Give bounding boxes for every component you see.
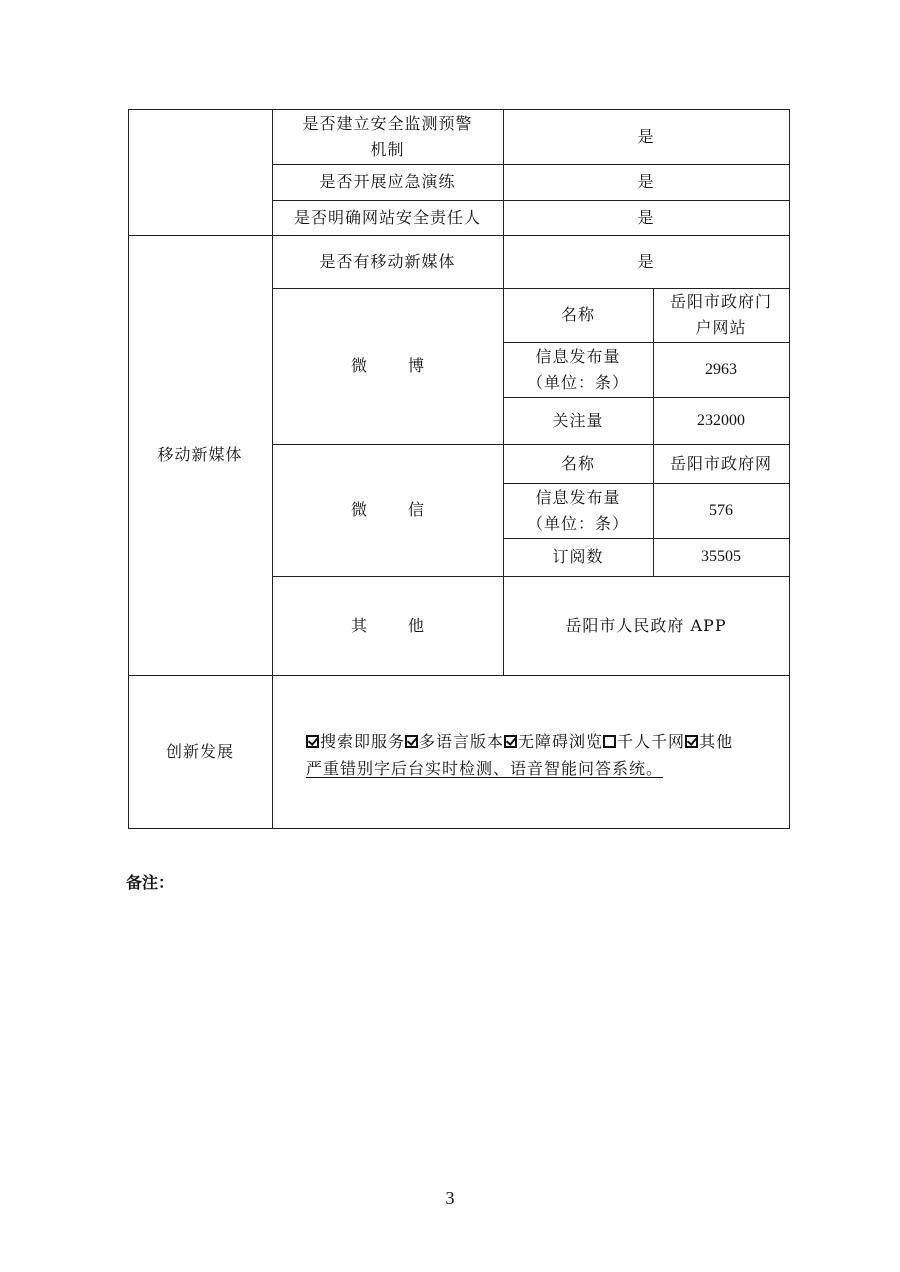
security-officer-label: 是否明确网站安全责任人 <box>272 200 503 235</box>
option-personalized[interactable]: 千人千网 <box>603 732 685 751</box>
label-line: 信息发布量 <box>535 344 620 370</box>
option-other[interactable]: 其他 <box>685 732 733 751</box>
other-media-value: 岳阳市人民政府 APP <box>503 576 789 675</box>
security-monitoring-label: 是否建立安全监测预警 机制 <box>272 109 503 164</box>
option-search-as-service[interactable]: 搜索即服务 <box>306 732 405 751</box>
value-line: 岳阳市政府门 <box>670 289 772 315</box>
table-border <box>789 109 790 829</box>
security-monitoring-value: 是 <box>503 109 789 164</box>
checkbox-unchecked-icon[interactable] <box>603 735 616 748</box>
weibo-label: 微 博 <box>272 288 503 444</box>
innovation-category: 创新发展 <box>128 675 272 828</box>
option-multilingual[interactable]: 多语言版本 <box>405 732 504 751</box>
option-accessibility[interactable]: 无障碍浏览 <box>504 732 603 751</box>
wechat-subscribers-value: 35505 <box>653 538 789 576</box>
weibo-posts-value: 2963 <box>653 342 789 397</box>
option-label: 其他 <box>699 732 733 751</box>
weibo-followers-label: 关注量 <box>503 397 653 444</box>
has-mobile-media-value: 是 <box>503 235 789 288</box>
option-label: 千人千网 <box>617 732 685 751</box>
page-number: 3 <box>0 1188 900 1209</box>
checkbox-checked-icon[interactable] <box>405 735 418 748</box>
option-label: 无障碍浏览 <box>518 732 603 751</box>
checkbox-checked-icon[interactable] <box>306 735 319 748</box>
wechat-name-label: 名称 <box>503 444 653 483</box>
checkbox-checked-icon[interactable] <box>685 735 698 748</box>
has-mobile-media-label: 是否有移动新媒体 <box>272 235 503 288</box>
other-media-label: 其 他 <box>272 576 503 675</box>
emergency-drill-label: 是否开展应急演练 <box>272 164 503 200</box>
remarks-label: 备注： <box>126 870 174 893</box>
value-line: 户网站 <box>695 315 746 341</box>
label-line: 信息发布量 <box>535 485 620 511</box>
weibo-name-label: 名称 <box>503 288 653 342</box>
wechat-label: 微 信 <box>272 444 503 576</box>
label-line: 机制 <box>370 137 404 163</box>
option-label: 搜索即服务 <box>320 732 405 751</box>
wechat-name-value: 岳阳市政府网 <box>653 444 789 483</box>
label-line: （单位：条） <box>527 370 629 396</box>
weibo-followers-value: 232000 <box>653 397 789 444</box>
checkbox-checked-icon[interactable] <box>504 735 517 748</box>
mobile-media-category: 移动新媒体 <box>128 235 272 675</box>
other-innovation-text: 严重错别字后台实时检测、语音智能问答系统。 <box>306 759 663 778</box>
weibo-name-value: 岳阳市政府门 户网站 <box>653 288 789 342</box>
emergency-drill-value: 是 <box>503 164 789 200</box>
option-label: 多语言版本 <box>419 732 504 751</box>
weibo-posts-label: 信息发布量 （单位：条） <box>503 342 653 397</box>
wechat-posts-value: 576 <box>653 483 789 538</box>
wechat-subscribers-label: 订阅数 <box>503 538 653 576</box>
innovation-options: 搜索即服务多语言版本无障碍浏览千人千网其他 严重错别字后台实时检测、语音智能问答… <box>306 728 786 782</box>
label-line: （单位：条） <box>527 511 629 537</box>
security-officer-value: 是 <box>503 200 789 235</box>
wechat-posts-label: 信息发布量 （单位：条） <box>503 483 653 538</box>
label-line: 是否建立安全监测预警 <box>302 111 472 137</box>
table-border <box>128 828 790 829</box>
